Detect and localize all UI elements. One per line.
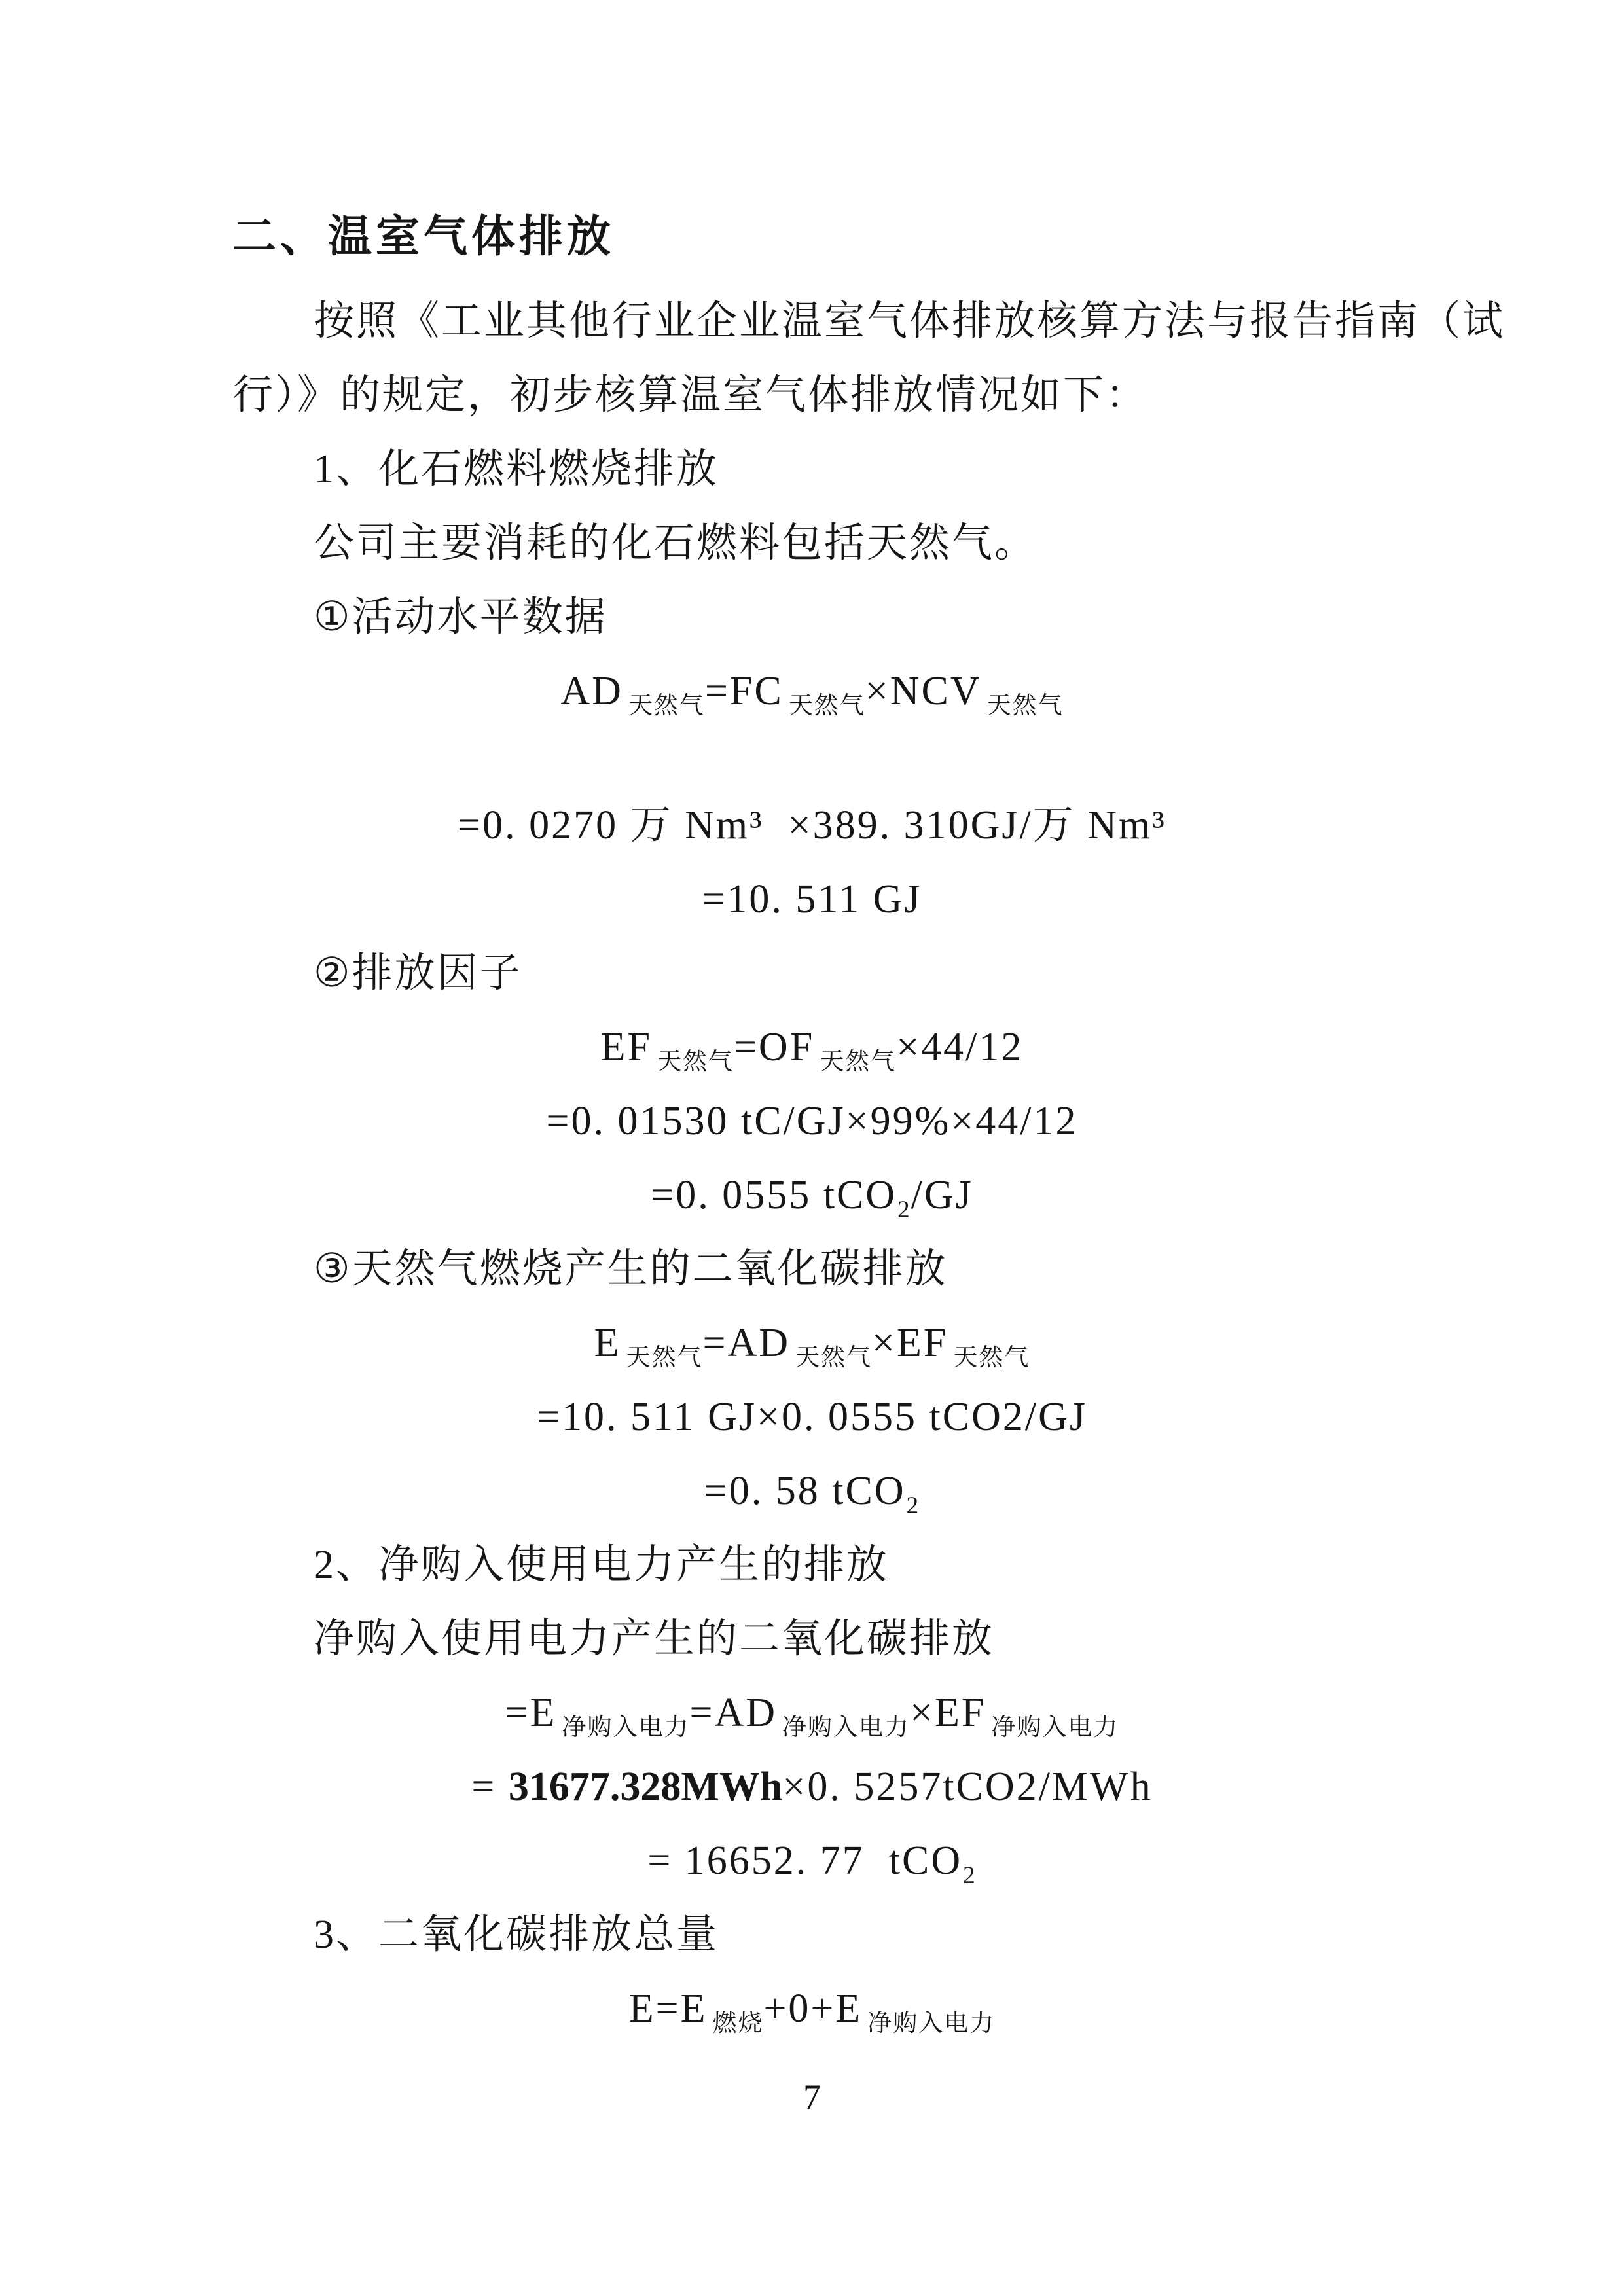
- formula-ad-result: =10. 511 GJ: [232, 863, 1392, 937]
- subscript: 2: [897, 1196, 911, 1223]
- text-run: ③天然气燃烧产生的二氧化碳排放: [314, 1247, 948, 1291]
- text-run: =FC: [705, 669, 784, 713]
- text-run: =0. 58 tCO: [704, 1469, 906, 1513]
- subscript: 净购入电力: [991, 1714, 1119, 1741]
- section-1-title: 1、化石燃料燃烧排放: [232, 433, 1392, 507]
- formula-ad-calculation: =0. 0270 万 Nm³ ×389. 310GJ/万 Nm³: [232, 789, 1392, 863]
- subscript: 天然气: [820, 1049, 896, 1075]
- text-run: +0+E: [763, 1986, 862, 2031]
- formula-e-elec-definition: =E净购入电力=AD净购入电力×EF净购入电力: [232, 1676, 1392, 1750]
- document-lines: 按照《工业其他行业企业温室气体排放核算方法与报告指南（试行）》的规定，初步核算温…: [232, 285, 1392, 2046]
- text-run: =OF: [734, 1025, 814, 1069]
- formula-e-total: E=E燃烧+0+E净购入电力: [232, 1972, 1392, 2046]
- text-run: ①活动水平数据: [314, 595, 607, 639]
- text-run: =10. 511 GJ: [702, 877, 922, 922]
- text-run: E=E: [629, 1986, 708, 2031]
- formula-ef-definition: EF天然气=OF天然气×44/12: [232, 1011, 1392, 1085]
- text-run: ×EF: [872, 1321, 948, 1365]
- text-run: =AD: [703, 1321, 791, 1365]
- formula-e-elec-result: = 16652. 77 tCO2: [232, 1824, 1392, 1898]
- subscript: 天然气: [987, 692, 1064, 719]
- subscript: 净购入电力: [562, 1714, 690, 1741]
- subscript: 天然气: [953, 1344, 1030, 1371]
- formula-gap: [232, 728, 1392, 789]
- formula-e-gas-calculation: =10. 511 GJ×0. 0555 tCO2/GJ: [232, 1380, 1392, 1454]
- text-run: 2、净购入使用电力产生的排放: [314, 1543, 889, 1587]
- step-2-label: ②排放因子: [232, 937, 1392, 1011]
- text-run: AD: [560, 669, 623, 713]
- subscript: 2: [963, 1862, 977, 1889]
- subscript: 2: [907, 1492, 920, 1519]
- formula-ef-calculation: =0. 01530 tC/GJ×99%×44/12: [232, 1085, 1392, 1158]
- document-page: 二、温室气体排放 按照《工业其他行业企业温室气体排放核算方法与报告指南（试行）》…: [0, 0, 1624, 2296]
- subscript: 天然气: [795, 1344, 872, 1371]
- text-run: 按照《工业其他行业企业温室气体排放核算方法与报告指南（试: [314, 299, 1505, 344]
- page-number: 7: [232, 2060, 1392, 2134]
- subscript: 天然气: [657, 1049, 734, 1075]
- text-run: ②排放因子: [314, 951, 522, 996]
- subscript: 天然气: [626, 1344, 703, 1371]
- text-run: ×EF: [910, 1691, 986, 1735]
- text-run: ×0. 5257tCO2/MWh: [782, 1765, 1152, 1809]
- number-run: 31677.328MWh: [509, 1765, 783, 1809]
- step-1-label: ①活动水平数据: [232, 581, 1392, 655]
- intro-line-2: 行）》的规定，初步核算温室气体排放情况如下：: [232, 359, 1392, 433]
- text-run: =0. 01530 tC/GJ×99%×44/12: [547, 1099, 1078, 1143]
- text-run: = 16652. 77 tCO: [647, 1839, 962, 1883]
- formula-e-elec-calculation: = 31677.328MWh×0. 5257tCO2/MWh: [232, 1750, 1392, 1824]
- text-run: 3、二氧化碳排放总量: [314, 1912, 719, 1957]
- text-run: =: [471, 1765, 508, 1809]
- subscript: 净购入电力: [867, 2010, 995, 2037]
- text-run: 净购入使用电力产生的二氧化碳排放: [314, 1617, 994, 1661]
- section-2-desc: 净购入使用电力产生的二氧化碳排放: [232, 1602, 1392, 1676]
- subscript: 燃烧: [712, 2010, 763, 2037]
- section-1-desc: 公司主要消耗的化石燃料包括天然气。: [232, 507, 1392, 581]
- section-3-title: 3、二氧化碳排放总量: [232, 1898, 1392, 1972]
- text-run: 1、化石燃料燃烧排放: [314, 447, 719, 492]
- text-run: 行）》的规定，初步核算温室气体排放情况如下：: [232, 373, 1148, 418]
- page-title: 二、温室气体排放: [232, 200, 1392, 274]
- text-run: /GJ: [911, 1173, 973, 1217]
- text-run: =0. 0270 万 Nm³ ×389. 310GJ/万 Nm³: [458, 803, 1166, 848]
- step-3-label: ③天然气燃烧产生的二氧化碳排放: [232, 1232, 1392, 1306]
- text-run: =0. 0555 tCO: [651, 1173, 897, 1217]
- intro-line-1: 按照《工业其他行业企业温室气体排放核算方法与报告指南（试: [232, 285, 1392, 359]
- text-run: =E: [505, 1691, 557, 1735]
- text-run: =10. 511 GJ×0. 0555 tCO2/GJ: [537, 1395, 1087, 1439]
- text-run: E: [594, 1321, 621, 1365]
- text-run: =AD: [690, 1691, 778, 1735]
- section-2-title: 2、净购入使用电力产生的排放: [232, 1528, 1392, 1602]
- text-run: 公司主要消耗的化石燃料包括天然气。: [314, 521, 1037, 565]
- subscript: 净购入电力: [782, 1714, 910, 1741]
- text-run: ×44/12: [896, 1025, 1023, 1069]
- text-run: EF: [601, 1025, 652, 1069]
- subscript: 天然气: [628, 692, 705, 719]
- text-run: ×NCV: [865, 669, 982, 713]
- formula-ad-definition: AD天然气=FC天然气×NCV天然气: [232, 655, 1392, 728]
- formula-e-gas-result: =0. 58 tCO2: [232, 1454, 1392, 1528]
- subscript: 天然气: [789, 692, 865, 719]
- formula-e-gas-definition: E天然气=AD天然气×EF天然气: [232, 1306, 1392, 1380]
- formula-ef-result: =0. 0555 tCO2/GJ: [232, 1158, 1392, 1232]
